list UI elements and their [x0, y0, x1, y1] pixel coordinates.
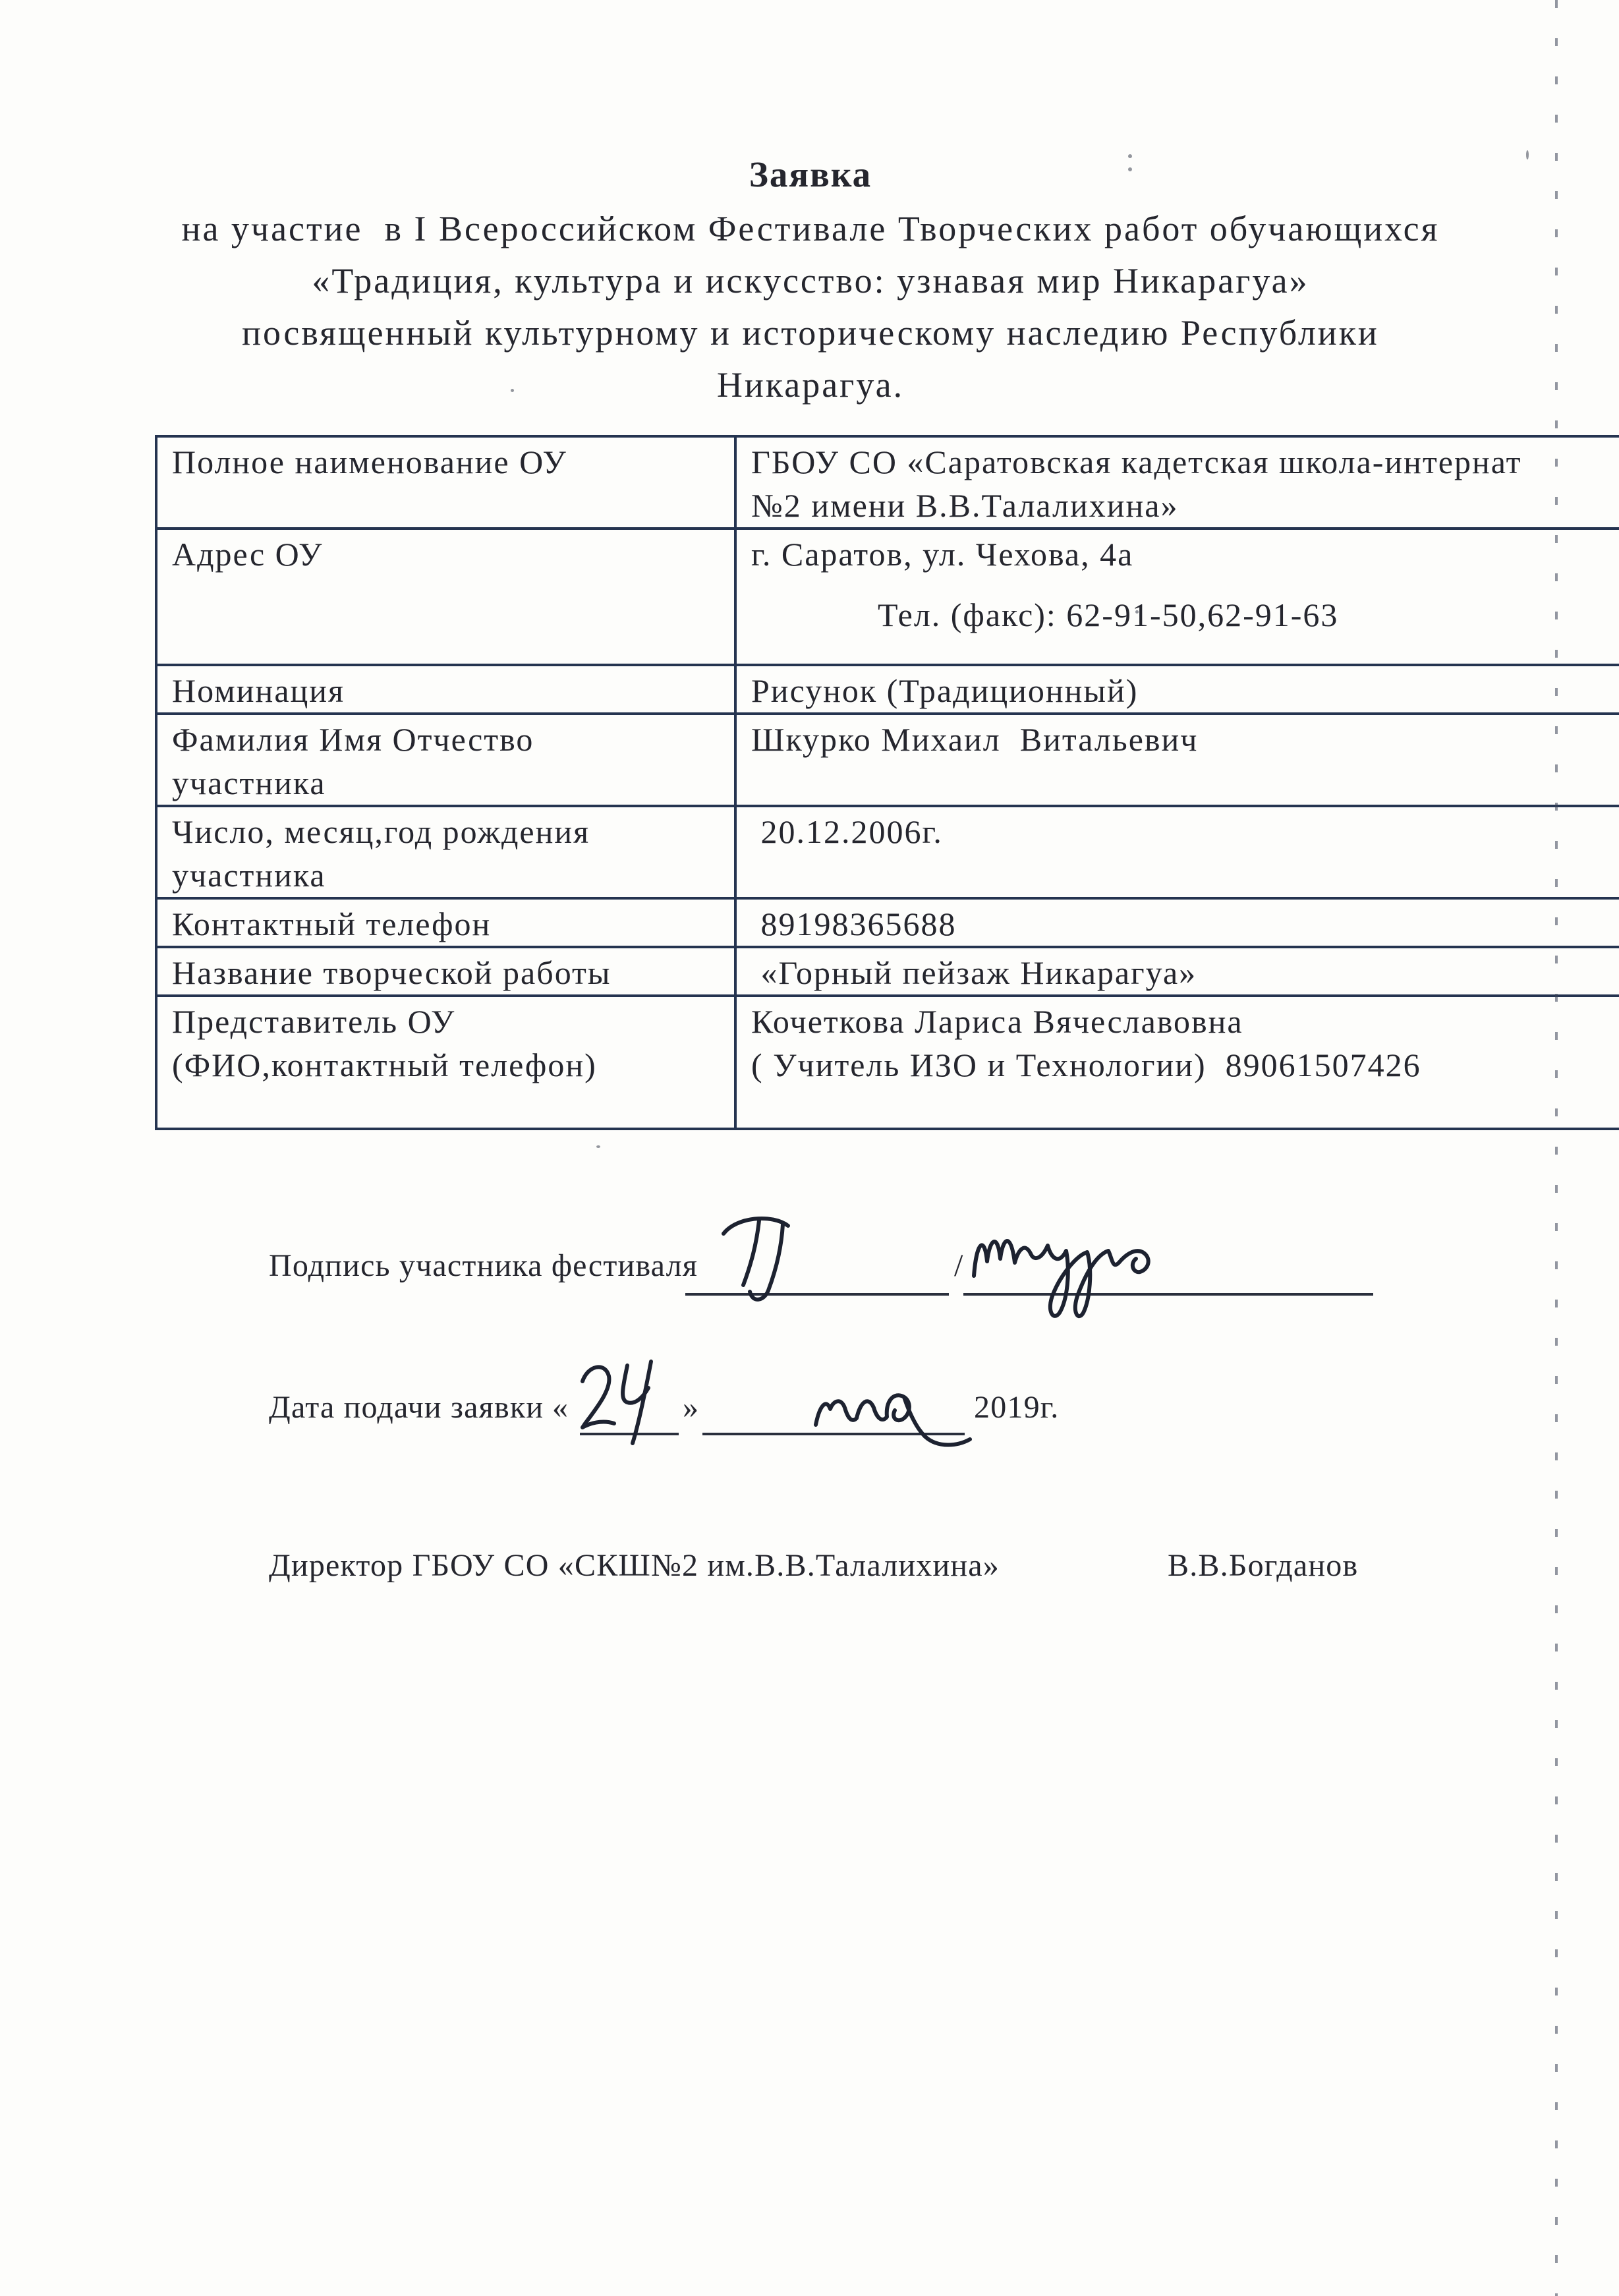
- row-value: «Горный пейзаж Никарагуа»: [751, 951, 1618, 994]
- row-label: Полное наименование ОУ: [172, 440, 722, 484]
- scanned-application-page: Заявка на участие в I Всероссийском Фест…: [0, 0, 1619, 2296]
- row-label-cell: Адрес ОУ: [156, 529, 735, 665]
- date-day-handwriting: [582, 1362, 651, 1443]
- date-month-blank: [702, 1433, 965, 1435]
- application-table: Полное наименование ОУ ГБОУ СО «Саратовс…: [155, 435, 1619, 1130]
- row-value-cell: ГБОУ СО «Саратовская кадетская школа-инт…: [735, 436, 1619, 529]
- row-value: Кочеткова Лариса Вячеславовна: [751, 1000, 1618, 1043]
- row-label-cell: Название творческой работы: [156, 947, 735, 996]
- scan-speck: [1128, 167, 1132, 171]
- row-label: участника: [172, 761, 722, 805]
- director-name: В.В.Богданов: [1168, 1547, 1358, 1584]
- row-label-cell: Контактный телефон: [156, 898, 735, 947]
- scan-speck: [1526, 150, 1529, 159]
- table-row: Номинация Рисунок (Традиционный): [156, 665, 1619, 714]
- table-row: Полное наименование ОУ ГБОУ СО «Саратовс…: [156, 436, 1619, 529]
- open-quote: «: [552, 1389, 569, 1425]
- close-quote: »: [683, 1389, 699, 1425]
- row-label-cell: Представитель ОУ (ФИО,контактный телефон…: [156, 996, 735, 1129]
- row-label-cell: Фамилия Имя Отчество участника: [156, 714, 735, 806]
- scan-fold-dashed-line: [1555, 0, 1558, 2296]
- subtitle-line: посвященный культурному и историческому …: [99, 307, 1522, 359]
- table-row: Представитель ОУ (ФИО,контактный телефон…: [156, 996, 1619, 1129]
- row-value: Шкурко Михаил Витальевич: [751, 718, 1618, 761]
- date-day-blank: [580, 1433, 679, 1435]
- row-value-cell: «Горный пейзаж Никарагуа»: [735, 947, 1619, 996]
- table-row: Название творческой работы «Горный пейза…: [156, 947, 1619, 996]
- signature-name-blank: [963, 1293, 1373, 1296]
- table-row: Адрес ОУ г. Саратов, ул. Чехова, 4а Тел.…: [156, 529, 1619, 665]
- row-value: Тел. (факс): 62-91-50,62-91-63: [751, 593, 1618, 637]
- table-row: Контактный телефон 89198365688: [156, 898, 1619, 947]
- document-header: Заявка на участие в I Всероссийском Фест…: [99, 146, 1522, 411]
- row-label: Название творческой работы: [172, 951, 722, 994]
- row-label: участника: [172, 853, 722, 897]
- row-label: Представитель ОУ: [172, 1000, 722, 1043]
- row-value: 20.12.2006г.: [751, 810, 1618, 853]
- row-value-cell: Кочеткова Лариса Вячеславовна ( Учитель …: [735, 996, 1619, 1129]
- subtitle-line: Никарагуа.: [99, 359, 1522, 411]
- subtitle-line: «Традиция, культура и искусство: узнавая…: [99, 255, 1522, 307]
- row-label-cell: Номинация: [156, 665, 735, 714]
- row-label: Контактный телефон: [172, 902, 722, 946]
- row-value: 89198365688: [751, 902, 1618, 946]
- row-value: Рисунок (Традиционный): [751, 669, 1618, 712]
- scan-speck: [1128, 154, 1132, 158]
- date-label: Дата подачи заявки: [269, 1389, 544, 1425]
- scan-speck: [1135, 610, 1139, 614]
- row-value-cell: 20.12.2006г.: [735, 806, 1619, 898]
- slash-separator: /: [954, 1248, 964, 1284]
- row-value: ( Учитель ИЗО и Технологии) 89061507426: [751, 1043, 1618, 1087]
- row-label-cell: Полное наименование ОУ: [156, 436, 735, 529]
- row-label: Номинация: [172, 669, 722, 712]
- row-value-cell: 89198365688: [735, 898, 1619, 947]
- participant-signature-stroke: [724, 1219, 788, 1300]
- row-value-cell: Шкурко Михаил Витальевич: [735, 714, 1619, 806]
- director-label: Директор ГБОУ СО «СКШ№2 им.В.В.Талалихин…: [269, 1547, 1000, 1584]
- scan-speck: [596, 1145, 600, 1148]
- row-value: №2 имени В.В.Талалихина»: [751, 484, 1618, 527]
- row-value-cell: г. Саратов, ул. Чехова, 4а Тел. (факс): …: [735, 529, 1619, 665]
- subtitle-line: на участие в I Всероссийском Фестивале Т…: [99, 203, 1522, 255]
- row-label-cell: Число, месяц,год рождения участника: [156, 806, 735, 898]
- row-value: ГБОУ СО «Саратовская кадетская школа-инт…: [751, 440, 1618, 484]
- date-month-handwriting: [816, 1395, 970, 1445]
- row-value: г. Саратов, ул. Чехова, 4а: [751, 532, 1618, 576]
- table-row: Фамилия Имя Отчество участника Шкурко Ми…: [156, 714, 1619, 806]
- row-label: Фамилия Имя Отчество: [172, 718, 722, 761]
- participant-signature-label: Подпись участника фестиваля: [269, 1248, 698, 1284]
- row-label: (ФИО,контактный телефон): [172, 1043, 722, 1087]
- participant-surname-handwriting: [974, 1241, 1149, 1316]
- row-label: Адрес ОУ: [172, 532, 722, 576]
- row-label: Число, месяц,год рождения: [172, 810, 722, 853]
- page-title: Заявка: [99, 146, 1522, 203]
- table-row: Число, месяц,год рождения участника 20.1…: [156, 806, 1619, 898]
- date-year: 2019г.: [974, 1389, 1059, 1425]
- signature-blank: [685, 1293, 949, 1296]
- scan-speck: [511, 389, 514, 392]
- row-value-cell: Рисунок (Традиционный): [735, 665, 1619, 714]
